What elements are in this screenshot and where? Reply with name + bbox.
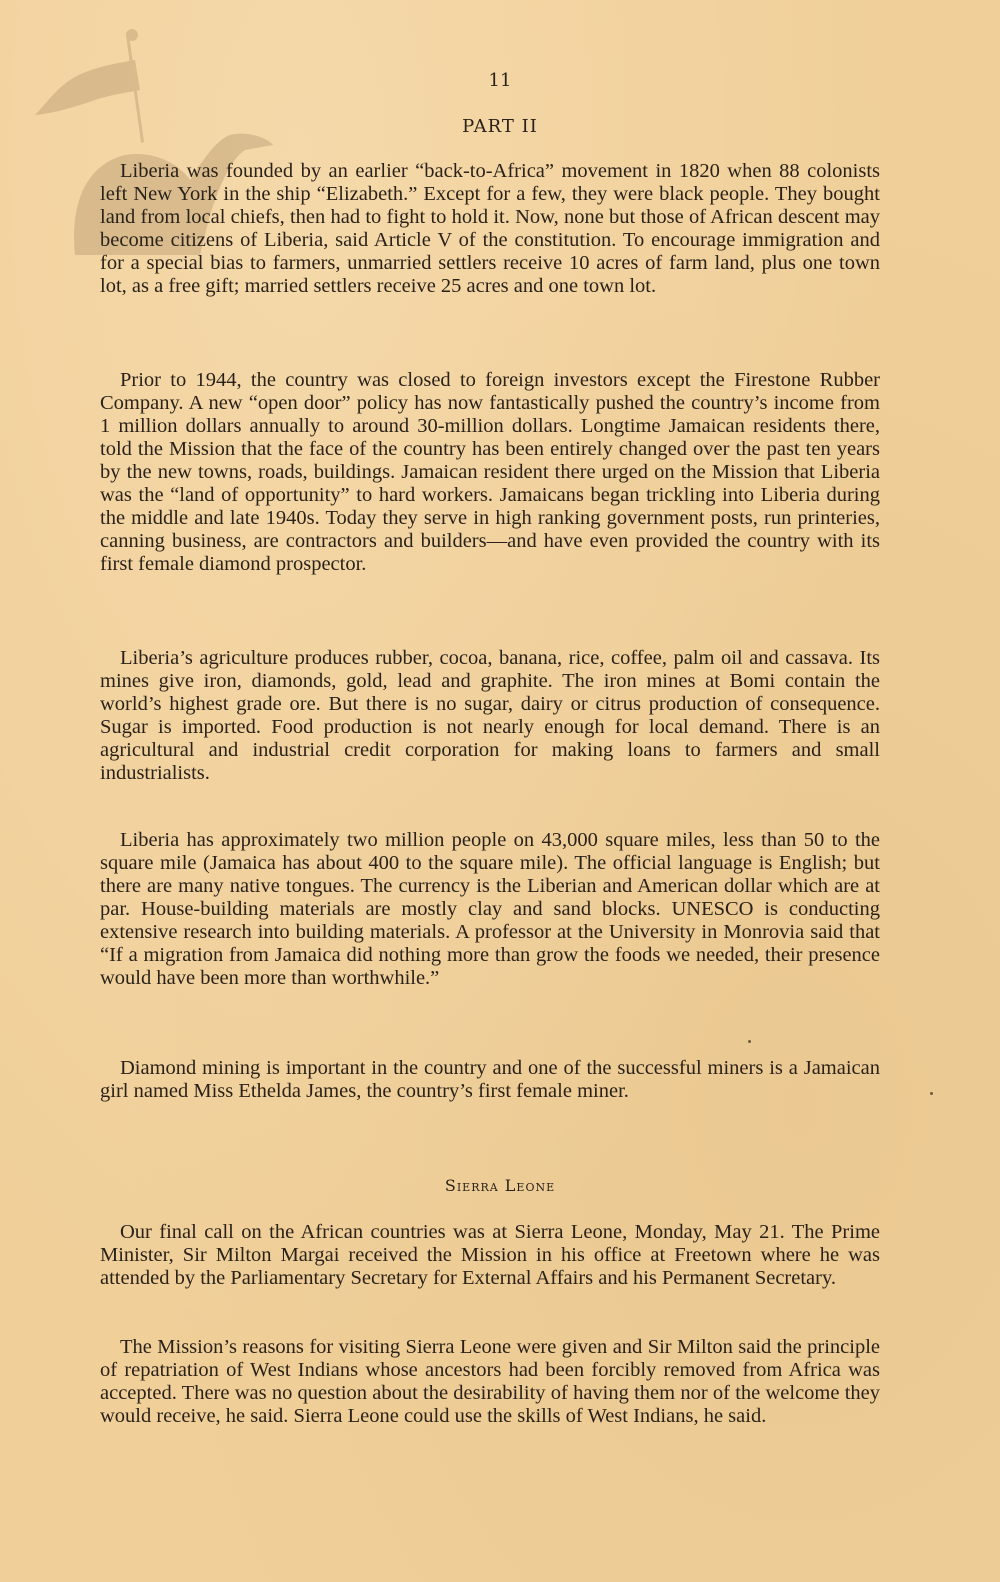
- paragraph-agriculture: Liberia’s agriculture produces rubber, c…: [100, 647, 880, 785]
- paragraph-repatriation: The Mission’s reasons for visiting Sierr…: [100, 1336, 880, 1428]
- paper-speck: [748, 1040, 751, 1043]
- paragraph-sierra-leone-visit: Our final call on the African countries …: [100, 1221, 880, 1290]
- paper-speck: [930, 1092, 933, 1095]
- paragraph-open-door-policy: Prior to 1944, the country was closed to…: [100, 369, 880, 576]
- section-heading-sierra-leone: Sierra Leone: [0, 1176, 1000, 1195]
- paragraph-liberia-founding: Liberia was founded by an earlier “back-…: [100, 160, 880, 298]
- part-title: PART II: [0, 116, 1000, 137]
- paragraph-diamond-mining: Diamond mining is important in the count…: [100, 1057, 880, 1103]
- page-number: 11: [0, 70, 1000, 91]
- document-page: 11 PART II Liberia was founded by an ear…: [0, 0, 1000, 1582]
- paragraph-population: Liberia has approximately two million pe…: [100, 829, 880, 990]
